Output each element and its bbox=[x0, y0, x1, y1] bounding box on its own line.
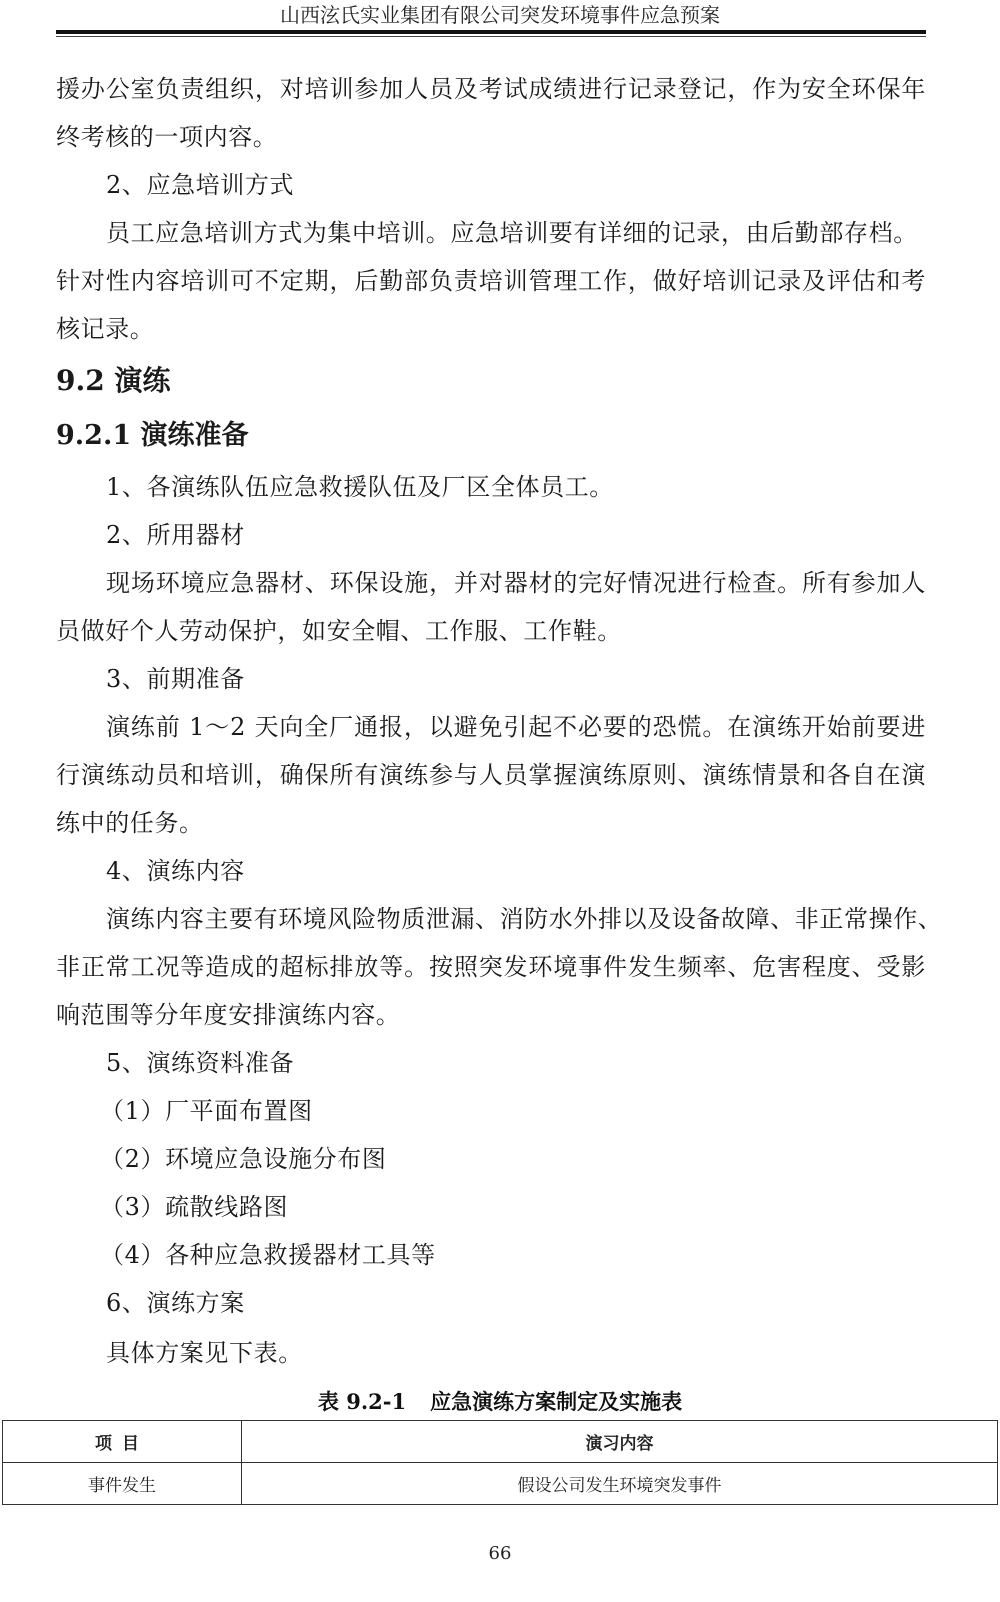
paragraph-line: 针对性内容培训可不定期，后勤部负责培训管理工作，做好培训记录及评估和考 bbox=[56, 266, 926, 296]
paragraph-line: 演练前 1～2 天向全厂通报，以避免引起不必要的恐慌。在演练开始前要进 bbox=[106, 712, 926, 742]
paragraph-line: 练中的任务。 bbox=[56, 808, 926, 838]
material-item: （4）各种应急救援器材工具等 bbox=[100, 1240, 970, 1270]
list-item-heading: 5、演练资料准备 bbox=[106, 1048, 976, 1078]
paragraph-line: 核记录。 bbox=[56, 314, 926, 344]
table-cell: 事件发生 bbox=[3, 1463, 242, 1505]
header-rule-thick bbox=[56, 30, 926, 34]
material-item: （1）厂平面布置图 bbox=[100, 1096, 970, 1126]
page-number: 66 bbox=[0, 1542, 1000, 1566]
header-rule-thin bbox=[56, 36, 926, 37]
paragraph-line: 终考核的一项内容。 bbox=[56, 122, 926, 152]
paragraph-line: 员工应急培训方式为集中培训。应急培训要有详细的记录，由后勤部存档。 bbox=[106, 218, 926, 248]
material-item: （3）疏散线路图 bbox=[100, 1192, 970, 1222]
document-header-title: 山西泫氏实业集团有限公司突发环境事件应急预案 bbox=[0, 2, 1000, 28]
drill-plan-table: 项目 演习内容 事件发生 假设公司发生环境突发事件 bbox=[2, 1420, 998, 1505]
list-item-heading: 6、演练方案 bbox=[106, 1288, 976, 1318]
table-cell: 假设公司发生环境突发事件 bbox=[242, 1463, 998, 1505]
paragraph-line: 行演练动员和培训，确保所有演练参与人员掌握演练原则、演练情景和各自在演 bbox=[56, 760, 926, 790]
table-row: 事件发生 假设公司发生环境突发事件 bbox=[3, 1463, 998, 1505]
list-item-heading: 4、演练内容 bbox=[106, 856, 976, 886]
paragraph-line: 非正常工况等造成的超标排放等。按照突发环境事件发生频率、危害程度、受影 bbox=[56, 952, 926, 982]
paragraph-line: 现场环境应急器材、环保设施，并对器材的完好情况进行检查。所有参加人 bbox=[106, 568, 926, 598]
paragraph-line: 援办公室负责组织，对培训参加人员及考试成绩进行记录登记，作为安全环保年 bbox=[56, 74, 926, 104]
table-header-cell: 项目 bbox=[3, 1421, 242, 1463]
table-caption: 表 9.2-1应急演练方案制定及实施表 bbox=[0, 1388, 1000, 1416]
material-item: （2）环境应急设施分布图 bbox=[100, 1144, 970, 1174]
list-item-heading: 3、前期准备 bbox=[106, 664, 976, 694]
paragraph-line: 具体方案见下表。 bbox=[106, 1338, 976, 1368]
table-header-row: 项目 演习内容 bbox=[3, 1421, 998, 1463]
section-heading: 9.2 演练 bbox=[56, 364, 926, 398]
table-header-cell: 演习内容 bbox=[242, 1421, 998, 1463]
paragraph-line: 响范围等分年度安排演练内容。 bbox=[56, 1000, 926, 1030]
paragraph-line: 演练内容主要有环境风险物质泄漏、消防水外排以及设备故障、非正常操作、 bbox=[106, 904, 926, 934]
table-caption-number: 表 9.2-1 bbox=[318, 1389, 406, 1414]
list-item: 1、各演练队伍应急救援队伍及厂区全体员工。 bbox=[106, 472, 976, 502]
list-item-heading: 2、所用器材 bbox=[106, 520, 976, 550]
list-item-heading: 2、应急培训方式 bbox=[106, 170, 976, 200]
paragraph-line: 员做好个人劳动保护，如安全帽、工作服、工作鞋。 bbox=[56, 616, 926, 646]
subsection-heading: 9.2.1 演练准备 bbox=[56, 419, 926, 453]
table-caption-title: 应急演练方案制定及实施表 bbox=[430, 1389, 682, 1414]
